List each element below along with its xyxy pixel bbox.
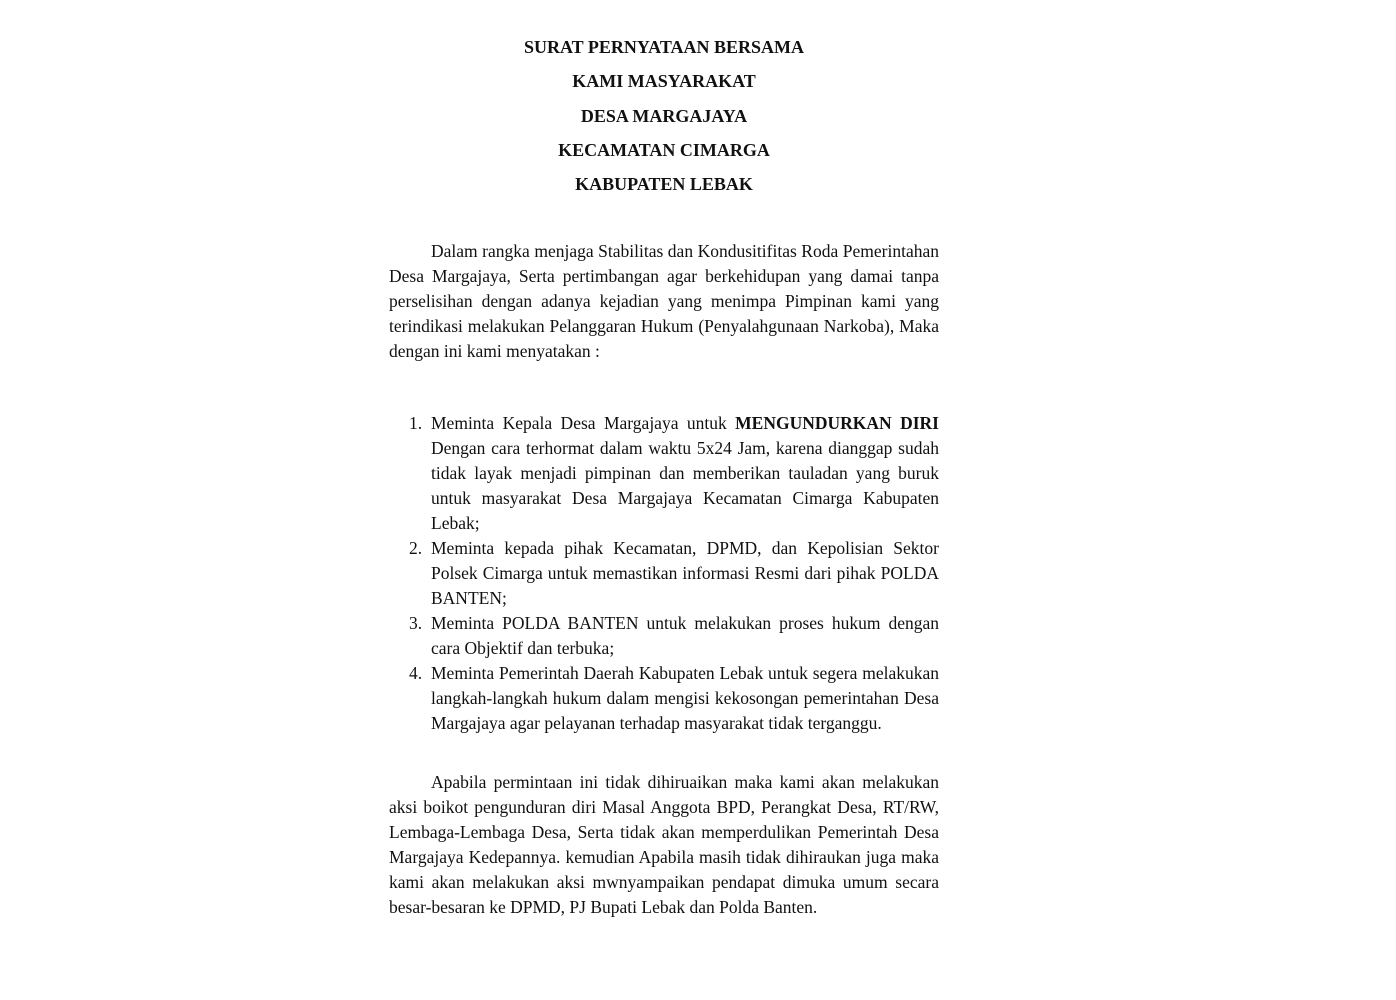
list-text: Dengan cara terhormat dalam waktu 5x24 J… xyxy=(431,438,939,533)
list-number: 1. xyxy=(409,411,422,436)
title-line: KECAMATAN CIMARGA xyxy=(337,133,991,167)
closing-paragraph: Apabila permintaan ini tidak dihiruaikan… xyxy=(389,770,939,920)
list-text: Meminta Kepala Desa Margajaya untuk xyxy=(431,413,735,433)
document-page: SURAT PERNYATAAN BERSAMA KAMI MASYARAKAT… xyxy=(389,30,939,920)
list-text-bold: MENGUNDURKAN DIRI xyxy=(735,413,939,433)
list-item: 1. Meminta Kepala Desa Margajaya untuk M… xyxy=(389,411,939,536)
list-text: Meminta kepada pihak Kecamatan, DPMD, da… xyxy=(431,538,939,608)
list-number: 2. xyxy=(409,536,422,561)
list-number: 3. xyxy=(409,611,422,636)
document-title: SURAT PERNYATAAN BERSAMA KAMI MASYARAKAT… xyxy=(337,30,991,201)
title-line: SURAT PERNYATAAN BERSAMA xyxy=(337,30,991,64)
title-line: DESA MARGAJAYA xyxy=(337,99,991,133)
intro-paragraph: Dalam rangka menjaga Stabilitas dan Kond… xyxy=(389,239,939,364)
list-item: 2. Meminta kepada pihak Kecamatan, DPMD,… xyxy=(389,536,939,611)
list-text: Meminta Pemerintah Daerah Kabupaten Leba… xyxy=(431,663,939,733)
demands-list: 1. Meminta Kepala Desa Margajaya untuk M… xyxy=(389,411,939,736)
title-line: KABUPATEN LEBAK xyxy=(337,167,991,201)
title-line: KAMI MASYARAKAT xyxy=(337,64,991,98)
list-text: Meminta POLDA BANTEN untuk melakukan pro… xyxy=(431,613,939,658)
list-item: 3. Meminta POLDA BANTEN untuk melakukan … xyxy=(389,611,939,661)
list-number: 4. xyxy=(409,661,422,686)
list-item: 4. Meminta Pemerintah Daerah Kabupaten L… xyxy=(389,661,939,736)
